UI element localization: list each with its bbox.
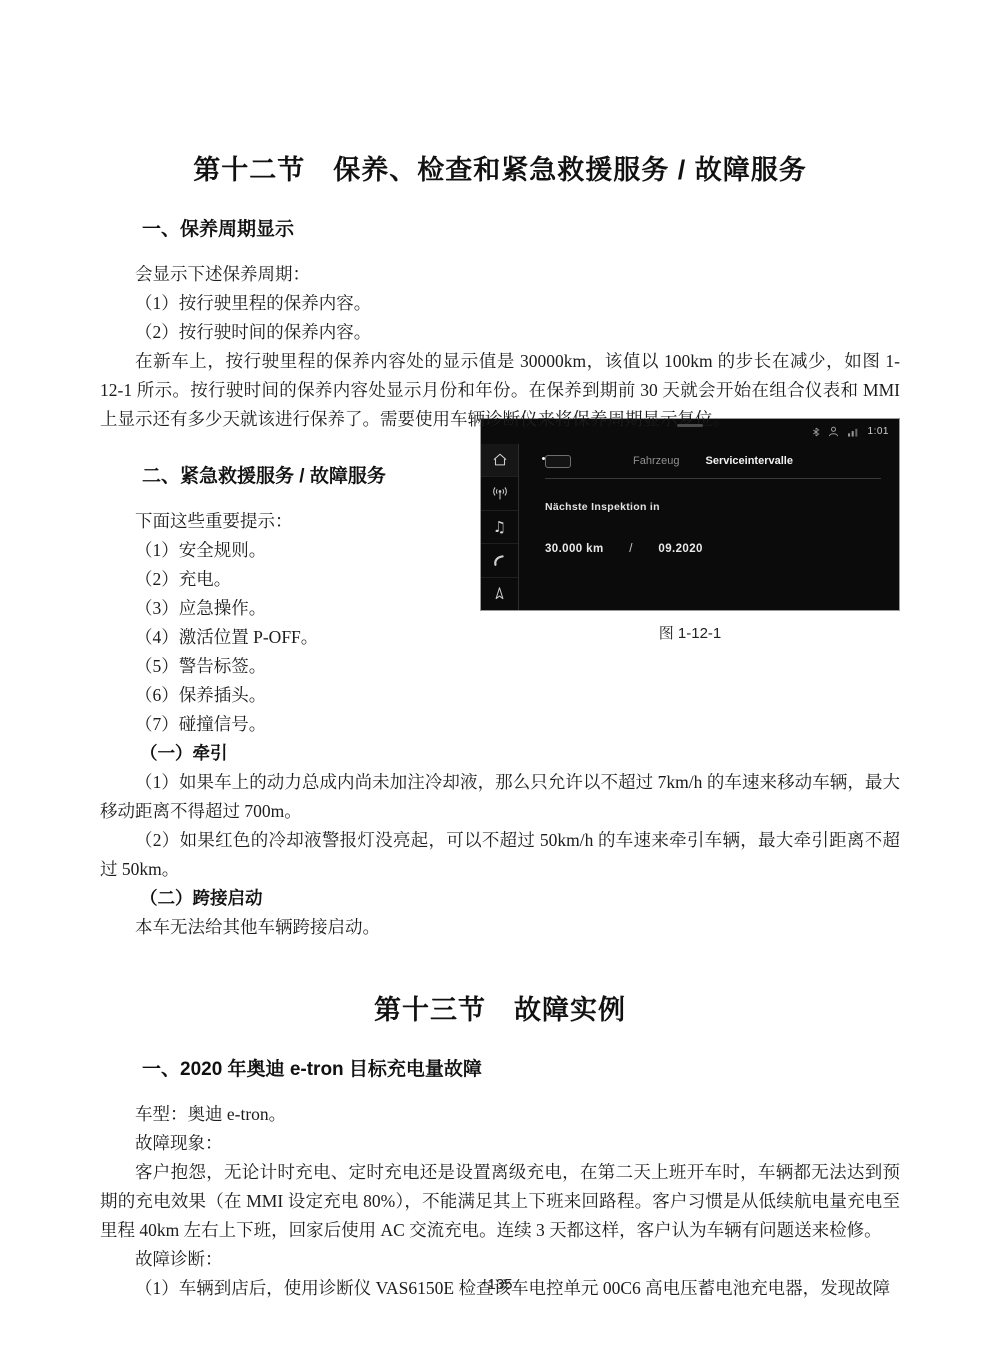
phone-icon — [481, 544, 518, 577]
list-item: （2）按行驶时间的保养内容。 — [100, 318, 900, 347]
drag-handle — [677, 424, 703, 427]
section12-title: 第十二节 保养、检查和紧急救援服务 / 故障服务 — [100, 148, 900, 187]
figure-1-12-1: 1:01 ♫ — [480, 418, 900, 643]
tab-fahrzeug: Fahrzeug — [633, 455, 679, 467]
list-item: （1）按行驶里程的保养内容。 — [100, 289, 900, 318]
list-item: （6）保养插头。 — [100, 681, 900, 710]
paragraph: 本车无法给其他车辆跨接启动。 — [100, 913, 900, 942]
paragraph: （2）如果红色的冷却液警报灯没亮起，可以不超过 50km/h 的车速来牵引车辆，… — [100, 826, 900, 884]
tab-serviceintervalle: Serviceintervalle — [706, 455, 793, 467]
figure-caption: 图 1-12-1 — [480, 622, 900, 643]
list-item: （5）警告标签。 — [100, 652, 900, 681]
clock: 1:01 — [868, 426, 889, 437]
user-icon — [828, 426, 839, 437]
section13-title: 第十三节 故障实例 — [100, 988, 900, 1027]
inspection-values: 30.000 km / 09.2020 — [545, 543, 881, 555]
mmi-content: Fahrzeug Serviceintervalle Nächste Inspe… — [519, 444, 899, 610]
media-icon: ♫ — [481, 511, 518, 544]
mmi-screenshot: 1:01 ♫ — [480, 418, 900, 611]
radio-icon — [481, 477, 518, 510]
navigation-icon — [481, 578, 518, 610]
distance-value: 30.000 km — [545, 543, 604, 555]
next-inspection-label: Nächste Inspektion in — [545, 501, 881, 513]
paragraph: （1）如果车上的动力总成内尚未加注冷却液，那么只允许以不超过 7km/h 的车速… — [100, 768, 900, 826]
status-icons: 1:01 — [812, 426, 889, 438]
list-item: （7）碰撞信号。 — [100, 710, 900, 739]
bluetooth-icon — [812, 426, 820, 438]
page-number: 135 — [0, 1276, 1000, 1293]
mmi-sidebar: ♫ — [481, 444, 519, 610]
document-page: 第十二节 保养、检查和紧急救援服务 / 故障服务 一、保养周期显示 会显示下述保… — [0, 0, 1000, 1347]
mmi-status-bar: 1:01 — [481, 419, 899, 444]
page-content: 第十二节 保养、检查和紧急救援服务 / 故障服务 一、保养周期显示 会显示下述保… — [0, 0, 1000, 1303]
mmi-body: ♫ Fahrzeug — [481, 444, 899, 610]
date-value: 09.2020 — [658, 543, 702, 555]
signal-icon — [847, 427, 860, 437]
subheading-jump-start: （二）跨接启动 — [140, 884, 900, 913]
subheading-towing: （一）牵引 — [140, 739, 900, 768]
mmi-tab-bar: Fahrzeug Serviceintervalle — [545, 444, 881, 478]
value-separator: / — [629, 543, 633, 555]
paragraph: 故障现象： — [100, 1129, 900, 1158]
tab-underline — [545, 478, 881, 479]
heading-etron-charge-fault: 一、2020 年奥迪 e-tron 目标充电量故障 — [142, 1054, 900, 1081]
paragraph: 故障诊断： — [100, 1245, 900, 1274]
paragraph: 客户抱怨，无论计时充电、定时充电还是设置离级充电，在第二天上班开车时，车辆都无法… — [100, 1158, 900, 1245]
paragraph: 车型：奥迪 e-tron。 — [100, 1100, 900, 1129]
home-icon — [481, 444, 518, 477]
paragraph: 会显示下述保养周期： — [100, 260, 900, 289]
heading-maintenance-interval-display: 一、保养周期显示 — [142, 214, 900, 241]
